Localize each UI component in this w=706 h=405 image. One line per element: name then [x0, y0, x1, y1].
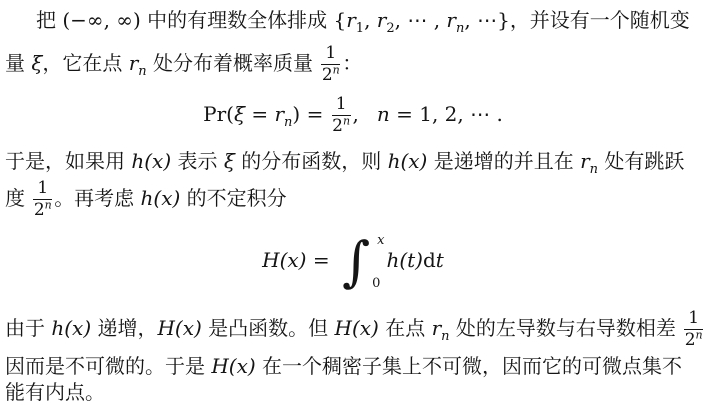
- text-run: 量: [5, 51, 31, 75]
- subscript-2: 2: [386, 21, 394, 36]
- exponent-n: n: [45, 198, 52, 211]
- fraction-numerator: 1: [321, 44, 340, 65]
- math-r-sub-n: rn: [580, 149, 598, 173]
- text-run: 的不定积分: [180, 186, 286, 210]
- paragraph-2-line-2: 度 12n。再考虑 h(x) 的不定积分: [5, 176, 287, 221]
- var-r: r: [346, 8, 356, 32]
- fraction-denominator: 2n: [332, 116, 351, 136]
- math-h-of-x: h(x): [51, 316, 91, 340]
- base-2: 2: [685, 330, 696, 350]
- exponent-n: n: [696, 328, 703, 341]
- lower-limit-0: 0: [368, 277, 384, 290]
- text-run: 处的左导数与右导数相差: [450, 316, 683, 340]
- math-document-page: { "page": { "background": "#ffffff", "te…: [0, 0, 706, 405]
- fraction-numerator: 1: [33, 179, 52, 200]
- text-run: 递增，: [91, 316, 157, 340]
- text-run: 是凸函数。但: [202, 316, 335, 340]
- math-r-sub-n: rn: [432, 316, 450, 340]
- var-xi: ξ: [31, 51, 42, 75]
- text-run: ：: [342, 51, 362, 75]
- text-run: 由于: [5, 316, 51, 340]
- text-run: ，并设有一个随机变: [510, 8, 690, 32]
- var-r: r: [446, 8, 456, 32]
- equals-sign: =: [306, 248, 335, 272]
- var-xi: ξ: [224, 149, 235, 173]
- paragraph-3-line-1: 由于 h(x) 递增，H(x) 是凸函数。但 H(x) 在点 rn 处的左导数与…: [5, 305, 706, 351]
- text-run: 能有内点。: [5, 380, 105, 404]
- differential-d: d: [423, 248, 436, 272]
- brace-open: {: [333, 8, 346, 32]
- base-2: 2: [34, 200, 45, 220]
- math-r-sub-n: rn: [274, 102, 292, 126]
- display-equation-probability: Pr(ξ = rn) = 12n,n = 1, 2, ⋯ .: [0, 91, 706, 138]
- pr-open: Pr(: [203, 102, 234, 126]
- close-equals: ) =: [292, 102, 329, 126]
- math-h-of-x: h(x): [131, 149, 171, 173]
- var-r: r: [129, 51, 139, 75]
- fraction-denominator: 2n: [321, 65, 340, 85]
- text-run: ，它在点: [42, 51, 128, 75]
- base-2: 2: [332, 116, 343, 136]
- var-t: t: [436, 248, 444, 272]
- var-r: r: [580, 149, 590, 173]
- display-equation-integral: H(x) = ∫x0h(t)dt: [0, 227, 706, 294]
- integral-sign: ∫: [342, 232, 370, 292]
- cdots-brace-close: , ⋯}: [464, 8, 509, 32]
- separator: ,: [364, 8, 377, 32]
- text-run: 在一个稠密子集上不可微，因而它的可微点集不: [256, 354, 682, 378]
- upper-limit-x: x: [377, 234, 384, 247]
- subscript-n: n: [138, 64, 146, 79]
- separator-cdots: , ⋯ ,: [395, 8, 447, 32]
- math-H-of-x: H(x): [157, 316, 201, 340]
- fraction-numerator: 1: [332, 95, 351, 116]
- math-open-interval: (−∞, ∞): [62, 8, 140, 32]
- var-r: r: [274, 102, 284, 126]
- text-run: 把: [36, 8, 62, 32]
- math-H-of-x: H(x): [211, 354, 255, 378]
- math-r-sub-n: rn: [129, 51, 147, 75]
- math-h-of-t: h(t): [386, 248, 423, 272]
- text-run: 处有跳跃: [598, 149, 684, 173]
- text-run: 处分布着概率质量: [147, 51, 320, 75]
- condition-tail: = 1, 2, ⋯ .: [390, 102, 503, 126]
- fraction-1-over-2n: 12n: [321, 44, 340, 84]
- text-run: 度: [5, 186, 31, 210]
- fraction-1-over-2n: 12n: [33, 179, 52, 219]
- integral-limits: x0: [368, 234, 384, 290]
- fraction-1-over-2n: 12n: [684, 309, 703, 349]
- text-run: 因而是不可微的。于是: [5, 354, 211, 378]
- subscript-1: 1: [356, 21, 364, 36]
- fraction-denominator: 2n: [33, 200, 52, 220]
- base-2: 2: [322, 65, 333, 85]
- var-xi: ξ: [234, 102, 245, 126]
- text-run: 。再考虑: [54, 186, 140, 210]
- paragraph-3-line-2: 因而是不可微的。于是 H(x) 在一个稠密子集上不可微，因而它的可微点集不: [5, 352, 682, 380]
- fraction-denominator: 2n: [684, 330, 703, 350]
- subscript-n: n: [441, 329, 449, 344]
- var-n: n: [377, 102, 390, 126]
- math-rational-sequence: {r1, r2, ⋯ , rn, ⋯}: [333, 8, 509, 32]
- text-run: 于是，如果用: [5, 149, 131, 173]
- text-run: 在点: [379, 316, 432, 340]
- math-h-of-x: h(x): [388, 149, 428, 173]
- integral-0-to-x: ∫x0: [342, 232, 384, 292]
- paragraph-1-line-1: 把 (−∞, ∞) 中的有理数全体排成 {r1, r2, ⋯ , rn, ⋯}，…: [36, 6, 690, 34]
- equals-sign: =: [245, 102, 274, 126]
- math-H-of-x: H(x): [335, 316, 379, 340]
- subscript-n: n: [590, 162, 598, 177]
- math-H-of-x: H(x): [262, 248, 306, 272]
- text-run: 表示: [171, 149, 224, 173]
- exponent-n: n: [333, 63, 340, 76]
- paragraph-3-line-3: 能有内点。: [5, 379, 105, 405]
- text-run: 中的有理数全体排成: [141, 8, 334, 32]
- var-r: r: [377, 8, 387, 32]
- comma: ,: [353, 102, 359, 126]
- var-r: r: [432, 316, 442, 340]
- paragraph-2-line-1: 于是，如果用 h(x) 表示 ξ 的分布函数，则 h(x) 是递增的并且在 rn…: [5, 147, 684, 175]
- paragraph-1-line-2: 量 ξ，它在点 rn 处分布着概率质量 12n：: [5, 40, 362, 86]
- math-h-of-x: h(x): [141, 186, 181, 210]
- fraction-numerator: 1: [684, 309, 703, 330]
- exponent-n: n: [343, 114, 350, 127]
- fraction-1-over-2n: 12n: [332, 95, 351, 135]
- text-run: 是递增的并且在: [427, 149, 580, 173]
- text-run: 的分布函数，则: [235, 149, 388, 173]
